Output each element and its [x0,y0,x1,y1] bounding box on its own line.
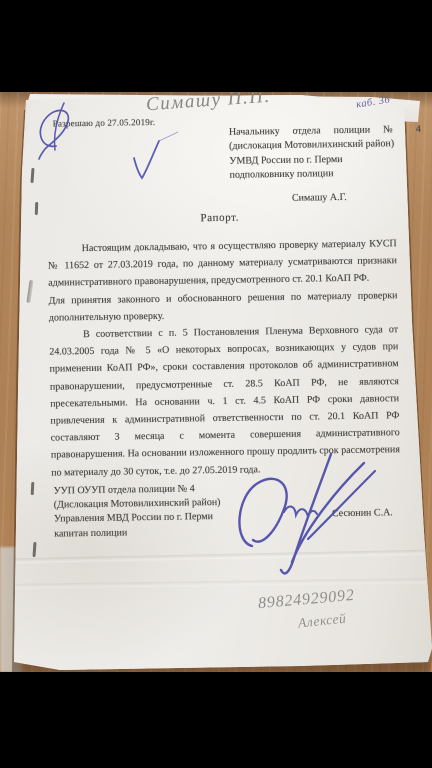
signoff-line: капитан полиции [54,525,221,542]
signoff-line: Управления МВД России по г. Перми [54,510,221,527]
report-title: Рапорт. [47,209,392,226]
photo-of-document: Разрешаю до 27.05.2019г. Начальнику отде… [0,92,432,672]
body-paragraph: В соответствии с п. 5 Постановления Плен… [49,321,400,481]
top-letterbox [0,0,432,92]
body-paragraph: Настоящим докладываю, что я осуществляю … [48,235,398,292]
body-paragraph: Для принятия законного и обоснованного р… [48,287,397,327]
phone-screenshot: Разрешаю до 27.05.2019г. Начальнику отде… [0,0,432,768]
bottom-letterbox [0,672,432,768]
addressee-name: Симашу А.Г. [230,189,422,206]
officer-name: Сесюнин С.А. [332,507,393,519]
approval-line: Разрешаю до 27.05.2019г. [53,117,156,129]
addressee-block: Начальнику отдела полиции № 4 (дислокаци… [229,123,422,207]
addressee-line: подполковнику полиции [229,166,421,183]
signoff-block: УУП ОУУП отдела полиции № 4 (Дислокация … [53,482,221,541]
addressee-line: (дислокация Мотовилихинский район) [229,137,421,154]
typed-document-content: Разрешаю до 27.05.2019г. Начальнику отде… [0,92,432,672]
report-body: Настоящим докладываю, что я осуществляю … [48,235,401,481]
